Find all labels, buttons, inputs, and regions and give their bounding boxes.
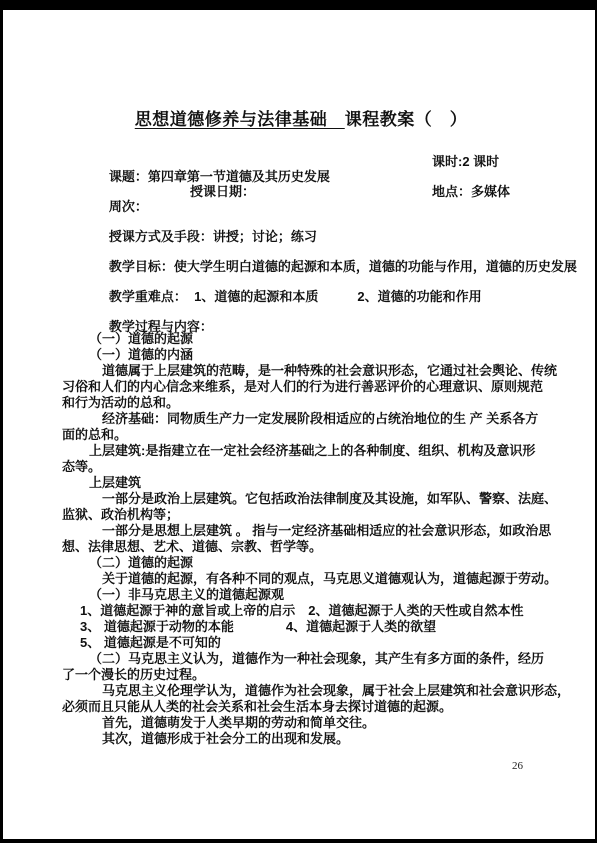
body-line: （二）道德的起源 xyxy=(89,555,540,571)
body-line: 道德属于上层建筑的范畴，是一种特殊的社会意识形态，它通过社会舆论、传统 xyxy=(102,363,540,379)
body-line: （二）马克思主义认为，道德作为一种社会现象，其产生有多方面的条件，经历 xyxy=(89,651,540,667)
meta-row-objective: 教学目标：使大学生明白道德的起源和本质，道德的功能与作用，道德的历史发展 xyxy=(62,241,540,254)
meta-row-week: 周次： 授课日期： 地点：多媒体 xyxy=(62,181,540,194)
body-line: 5、 道德起源是不可知的 xyxy=(80,635,540,651)
body-line: （一）道德的内涵 xyxy=(89,347,540,363)
body-line: 态等。 xyxy=(62,459,540,475)
meta-row-process-heading: 教学过程与内容： xyxy=(62,301,540,314)
body-line: 一部分是思想上层建筑 。 指与一定经济基础相适应的社会意识形态，如政治思 xyxy=(102,523,540,539)
body-line: 面的总和。 xyxy=(62,427,540,443)
body-line: 想、法律思想、艺术、道德、宗教、哲学等。 xyxy=(62,539,540,555)
body-line: 监狱、政治机构等； xyxy=(62,507,540,523)
body-line: 1、道德起源于神的意旨或上帝的启示 2、道德起源于人类的天性或自然本性 xyxy=(80,603,540,619)
body-line: 经济基础：同物质生产力一定发展阶段相适应的占统治地位的生 产 关系各方 xyxy=(102,411,540,427)
body-line: 上层建筑 xyxy=(89,475,540,491)
class-hours-label: 课时:2 课时 xyxy=(432,151,499,170)
document-page: 思想道德修养与法律基础 课程教案（ ） 课题：第四章第一节道德及其历史发展 课时… xyxy=(0,0,600,849)
body-line: 首先，道德萌发于人类早期的劳动和简单交往。 xyxy=(102,715,540,731)
body-line: 上层建筑:是指建立在一定社会经济基础之上的各种制度、组织、机构及意识形 xyxy=(89,443,540,459)
page-title: 思想道德修养与法律基础 课程教案（ ） xyxy=(62,105,540,130)
body-line: 3、 道德起源于动物的本能 4、道德起源于人类的欲望 xyxy=(80,619,540,635)
page-number: 26 xyxy=(512,760,523,772)
title-suffix: 课程教案（ ） xyxy=(345,110,468,129)
meta-row-topic: 课题：第四章第一节道德及其历史发展 课时:2 课时 xyxy=(62,151,540,164)
body-line: 习俗和人们的内心信念来维系，是对人们的行为进行善恶评价的心理意识、原则规范 xyxy=(62,379,540,395)
lesson-body: （一）道德的起源（一）道德的内涵道德属于上层建筑的范畴，是一种特殊的社会意识形态… xyxy=(62,331,540,747)
body-line: （一）道德的起源 xyxy=(89,331,540,347)
meta-row-method: 授课方式及手段：讲授；讨论；练习 xyxy=(62,211,540,224)
teaching-date-label: 授课日期： xyxy=(190,181,255,200)
body-line: 其次，道德形成于社会分工的出现和发展。 xyxy=(102,731,540,747)
body-line: 和行为活动的总和。 xyxy=(62,395,540,411)
body-line: 一部分是政治上层建筑。它包括政治法律制度及其设施，如军队、警察、法庭、 xyxy=(102,491,540,507)
body-line: 必须而且只能从人类的社会关系和社会生活本身去探讨道德的起源。 xyxy=(62,699,540,715)
location-label: 地点：多媒体 xyxy=(432,181,510,200)
body-line: 马克思主义伦理学认为，道德作为社会现象，属于社会上层建筑和社会意识形态， xyxy=(102,683,540,699)
body-line: （一）非马克思主义的道德起源观 xyxy=(89,587,540,603)
meta-row-key-points: 教学重难点： 1、道德的起源和本质 2、道德的功能和作用 xyxy=(62,271,540,284)
body-line: 关于道德的起源，有各种不同的观点，马克思义道德观认为，道德起源于劳动。 xyxy=(102,571,540,587)
lesson-meta: 课题：第四章第一节道德及其历史发展 课时:2 课时 周次： 授课日期： 地点：多… xyxy=(62,151,540,331)
body-line: 了一个漫长的历史过程。 xyxy=(62,667,540,683)
course-name: 思想道德修养与法律基础 xyxy=(135,110,345,129)
